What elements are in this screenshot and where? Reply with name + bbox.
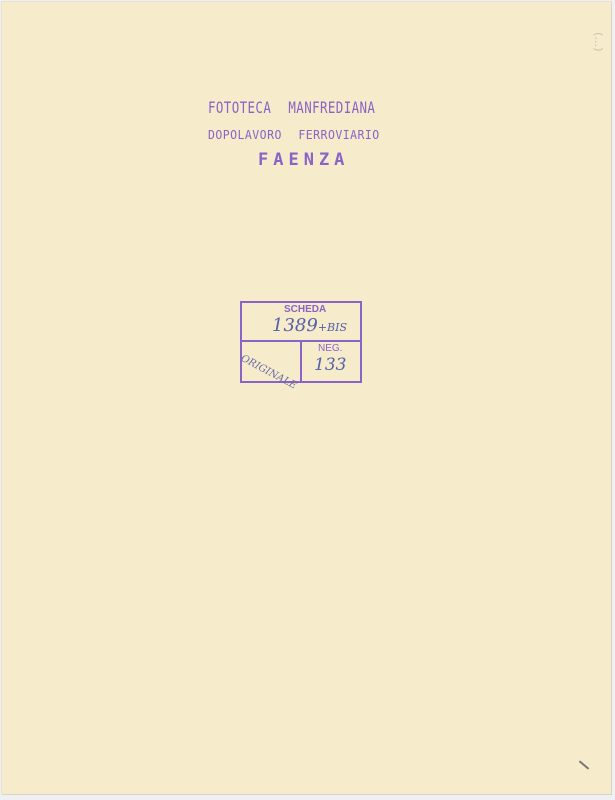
stamp-word: FOTOTECA (208, 98, 271, 117)
scheda-value: 1389+BIS (272, 315, 347, 336)
original-note: ORIGINALE (239, 353, 298, 392)
photo-back-page: FOTOTECAMANFREDIANA DOPOLAVOROFERROVIARI… (2, 2, 611, 794)
scheda-suffix: +BIS (318, 321, 347, 334)
record-stamp-box: SCHEDA 1389+BIS NEG. 133 ORIGINALE (240, 301, 362, 383)
stamp-word: MANFREDIANA (288, 98, 375, 117)
pencil-mark (579, 760, 589, 769)
scheda-number: 1389 (272, 315, 318, 336)
divider (300, 340, 302, 381)
neg-value: 133 (314, 355, 346, 375)
stamp-word: DOPOLAVORO (208, 127, 282, 142)
neg-label: NEG. (318, 343, 342, 354)
scheda-label: SCHEDA (284, 304, 326, 315)
stamp-line-2: DOPOLAVOROFERROVIARIO (208, 127, 380, 142)
stamp-city: FAENZA (258, 150, 349, 170)
stamp-line-1: FOTOTECAMANFREDIANA (208, 98, 375, 117)
stamp-word: FERROVIARIO (298, 127, 379, 142)
margin-pencil-note: (…) (592, 32, 605, 52)
